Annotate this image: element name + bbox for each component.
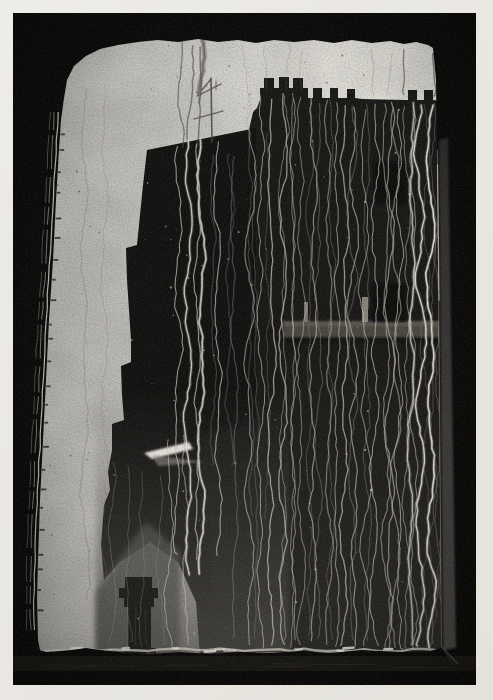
window-photograph bbox=[0, 0, 493, 700]
vignette bbox=[13, 13, 476, 685]
scan-page bbox=[0, 0, 493, 700]
